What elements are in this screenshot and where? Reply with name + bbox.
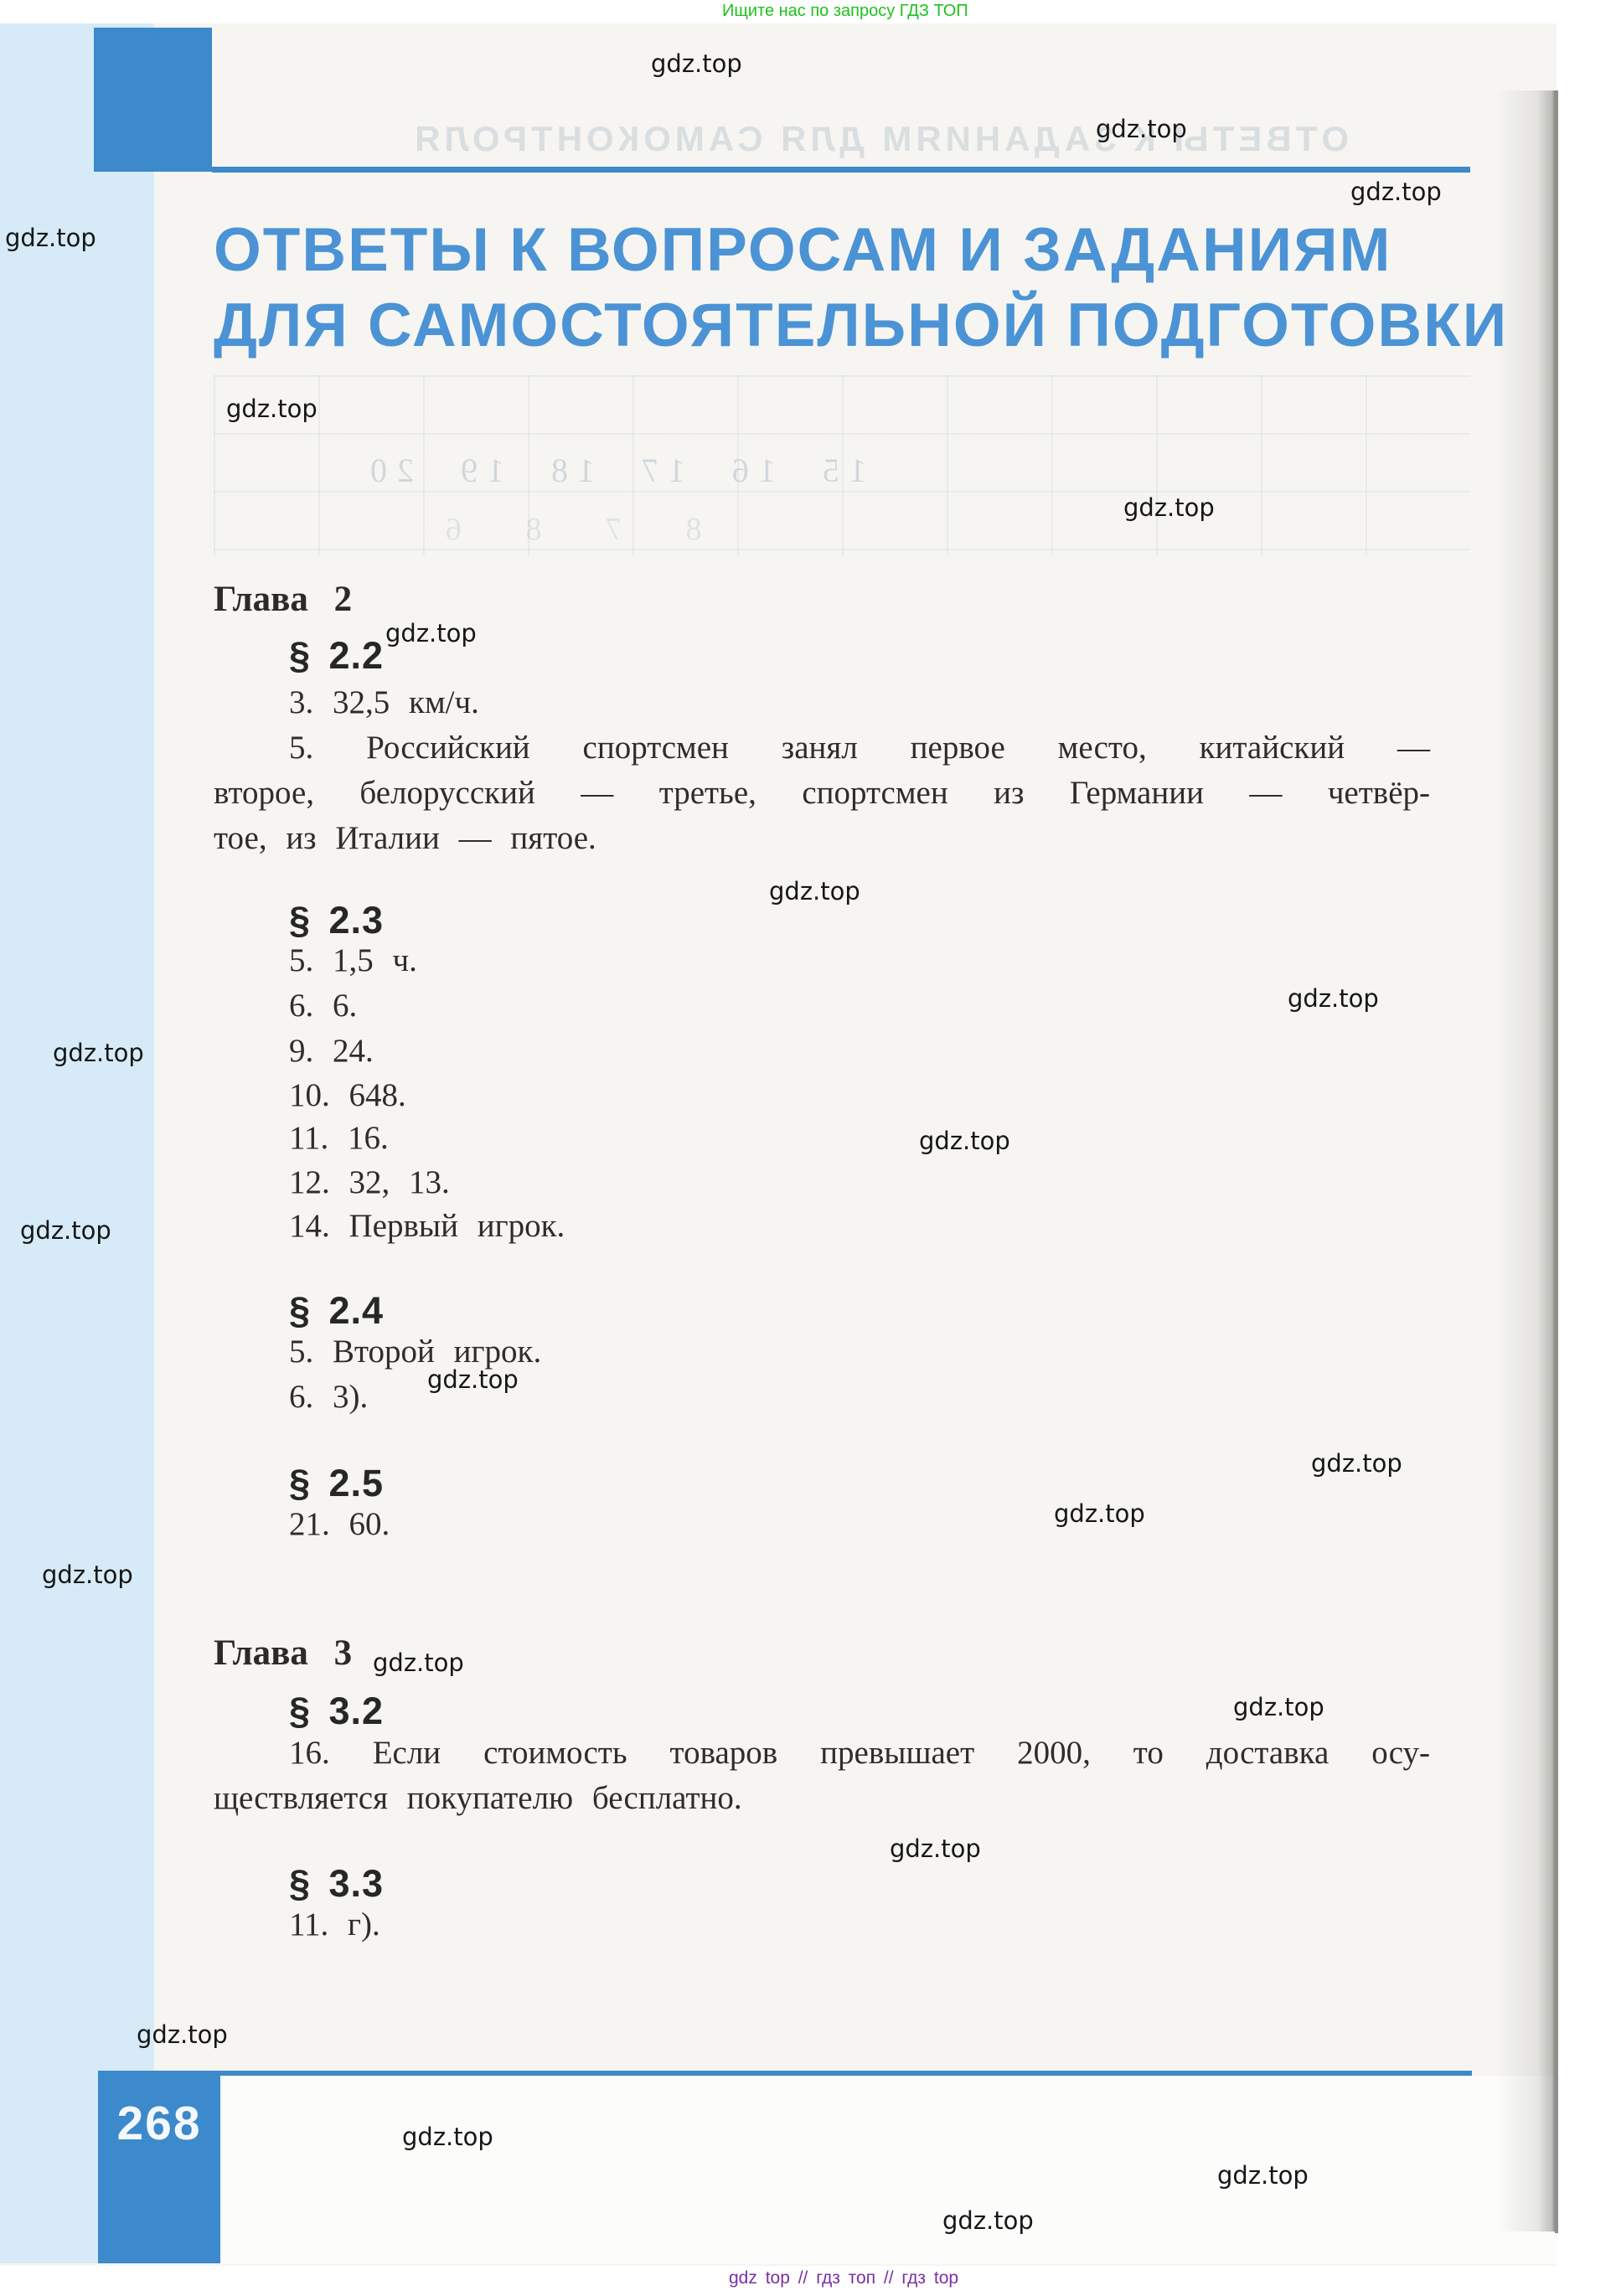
bleedthrough-numbers: 15 16 17 18 19 20 [360, 451, 866, 490]
chapter-heading: Глава 2 [214, 580, 352, 619]
watermark: gdz.top [769, 880, 860, 904]
watermark: gdz.top [1233, 1695, 1324, 1720]
watermark: gdz.top [919, 1129, 1010, 1153]
site-footer-text: gdz top // гдз топ // гдз top [729, 2268, 958, 2288]
answer-line: второе, белорусский — третье, спортсмен … [214, 776, 1430, 812]
section-heading: § 2.5 [289, 1463, 384, 1504]
answer-line: 9. 24. [289, 1034, 374, 1070]
page-number: 268 [116, 2096, 201, 2151]
watermark: gdz.top [20, 1219, 111, 1243]
watermark: gdz.top [373, 1651, 464, 1675]
answer-line: 16. Если стоимость товаров превышает 200… [289, 1736, 1430, 1772]
section-heading: § 2.3 [289, 900, 384, 942]
top-divider-rule [212, 167, 1470, 173]
answer-line: 10. 648. [289, 1078, 406, 1114]
watermark: gdz.top [1054, 1502, 1145, 1526]
watermark: gdz.top [226, 397, 318, 421]
watermark: gdz.top [1350, 180, 1442, 204]
watermark: gdz.top [651, 52, 742, 76]
watermark: gdz.top [890, 1837, 981, 1861]
watermark: gdz.top [42, 1563, 133, 1587]
bottom-margin-area [220, 2076, 1557, 2264]
answer-line: 5. Российский спортсмен занял первое мес… [289, 730, 1430, 766]
watermark: gdz.top [1096, 117, 1187, 142]
watermark: gdz.top [1217, 2164, 1309, 2188]
watermark: gdz.top [942, 2209, 1034, 2233]
answer-line: 11. г). [289, 1907, 380, 1943]
answer-line: 6. 6. [289, 988, 357, 1024]
watermark: gdz.top [1288, 987, 1379, 1011]
watermark: gdz.top [5, 226, 96, 250]
answer-line: ществляется покупателю бесплатно. [214, 1781, 742, 1817]
answer-line: 12. 32, 13. [289, 1165, 450, 1201]
answer-line: 6. 3). [289, 1380, 368, 1416]
section-heading: § 3.3 [289, 1863, 384, 1905]
scan-page-edge-shadow [1496, 90, 1555, 2232]
answer-line: 11. 16. [289, 1121, 389, 1157]
scanned-textbook-page: { "page": { "top_banner": "Ищите нас по … [0, 0, 1616, 2296]
section-heading: § 2.2 [289, 635, 384, 677]
watermark: gdz.top [402, 2125, 493, 2149]
bleedthrough-numbers: 8 7 8 6 [436, 511, 702, 548]
answer-line: 3. 32,5 км/ч. [289, 685, 479, 721]
corner-accent-square [94, 28, 212, 172]
page-title-line-2: ДЛЯ САМОСТОЯТЕЛЬНОЙ ПОДГОТОВКИ [214, 295, 1508, 356]
answer-line: 21. 60. [289, 1507, 390, 1543]
watermark: gdz.top [427, 1368, 519, 1392]
watermark: gdz.top [53, 1041, 144, 1065]
watermark: gdz.top [385, 622, 477, 646]
watermark: gdz.top [137, 2023, 228, 2047]
page-number-block: 268 [98, 2071, 220, 2263]
answer-line: 14. Первый игрок. [289, 1209, 565, 1245]
paper-background [0, 23, 1557, 2266]
scan-page-edge-line [1555, 90, 1558, 2233]
section-heading: § 3.2 [289, 1690, 384, 1732]
watermark: gdz.top [1311, 1452, 1402, 1476]
answer-line: тое, из Италии — пятое. [214, 821, 596, 857]
answer-line: 5. 1,5 ч. [289, 943, 417, 979]
watermark: gdz.top [1123, 496, 1215, 520]
left-margin-strip [0, 23, 154, 2263]
chapter-heading: Глава 3 [214, 1633, 352, 1673]
section-heading: § 2.4 [289, 1290, 384, 1332]
site-banner-text: Ищите нас по запросу ГДЗ ТОП [722, 2, 968, 21]
page-title-line-1: ОТВЕТЫ К ВОПРОСАМ И ЗАДАНИЯМ [214, 219, 1391, 281]
